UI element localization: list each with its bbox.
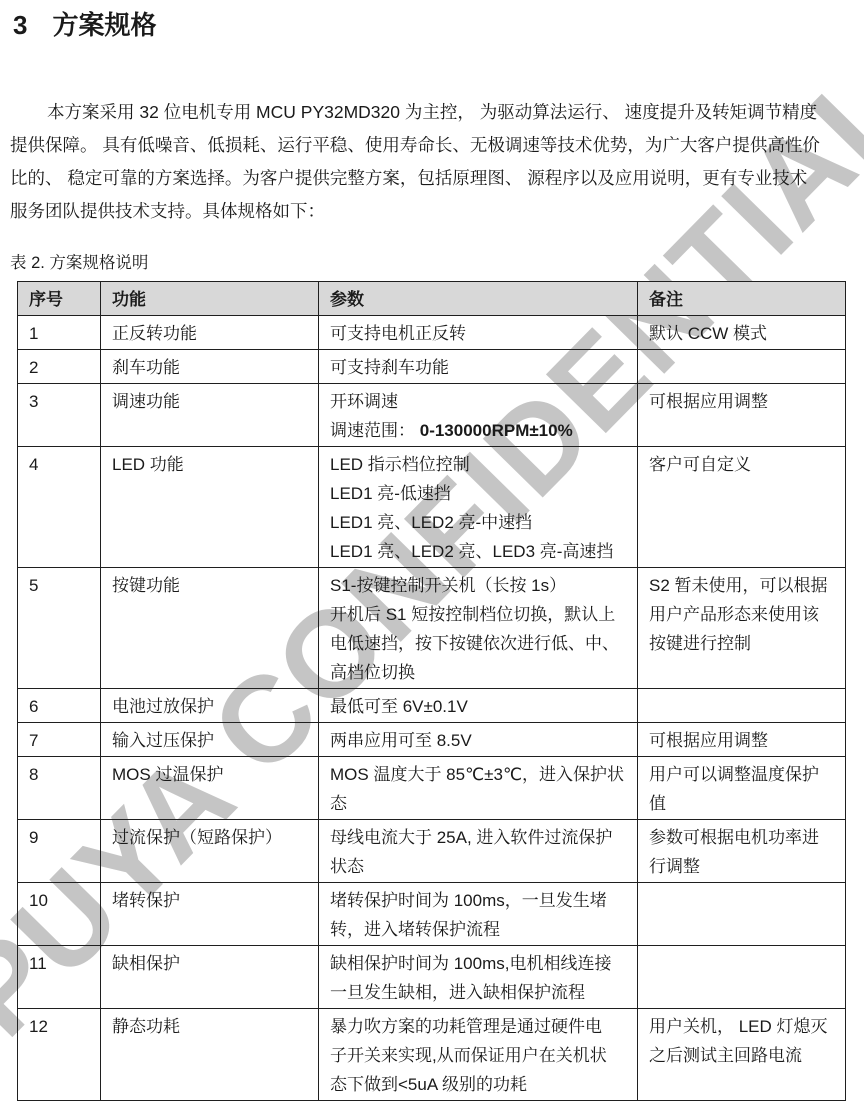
table-row: 4LED 功能LED 指示档位控制LED1 亮-低速挡LED1 亮、LED2 亮… bbox=[18, 447, 846, 568]
param-line: 子开关来实现,从而保证用户在关机状 bbox=[330, 1041, 629, 1070]
cell-index: 3 bbox=[18, 384, 101, 447]
cell-function: 堵转保护 bbox=[101, 883, 319, 946]
intro-paragraph: 本方案采用 32 位电机专用 MCU PY32MD320 为主控， 为驱动算法运… bbox=[10, 96, 856, 228]
cell-index: 11 bbox=[18, 946, 101, 1009]
remark-line: 按键进行控制 bbox=[649, 629, 837, 658]
cell-params: 缺相保护时间为 100ms,电机相线连接一旦发生缺相，进入缺相保护流程 bbox=[319, 946, 638, 1009]
cell-remark: 参数可根据电机功率进行调整 bbox=[638, 820, 846, 883]
param-line: 高档位切换 bbox=[330, 658, 629, 687]
cell-remark: 客户可自定义 bbox=[638, 447, 846, 568]
param-line: 开机后 S1 短按控制档位切换，默认上 bbox=[330, 600, 629, 629]
param-line: 堵转保护时间为 100ms，一旦发生堵 bbox=[330, 886, 629, 915]
cell-function: 静态功耗 bbox=[101, 1009, 319, 1101]
section-heading: 3方案规格 bbox=[0, 0, 864, 40]
cell-function: 过流保护（短路保护） bbox=[101, 820, 319, 883]
cell-index: 2 bbox=[18, 350, 101, 384]
param-line: 电低速挡，按下按键依次进行低、中、 bbox=[330, 629, 629, 658]
table-row: 7输入过压保护两串应用可至 8.5V可根据应用调整 bbox=[18, 723, 846, 757]
remark-line: S2 暂未使用，可以根据 bbox=[649, 571, 837, 600]
cell-params: 开环调速调速范围： 0-130000RPM±10% bbox=[319, 384, 638, 447]
table-row: 6电池过放保护最低可至 6V±0.1V bbox=[18, 689, 846, 723]
table-row: 11缺相保护缺相保护时间为 100ms,电机相线连接一旦发生缺相，进入缺相保护流… bbox=[18, 946, 846, 1009]
param-line: 转，进入堵转保护流程 bbox=[330, 915, 629, 944]
section-number: 3 bbox=[13, 10, 27, 40]
cell-params: 两串应用可至 8.5V bbox=[319, 723, 638, 757]
param-line: 态 bbox=[330, 789, 629, 818]
remark-line: 可根据应用调整 bbox=[649, 387, 837, 416]
param-line: 缺相保护时间为 100ms,电机相线连接 bbox=[330, 949, 629, 978]
table-caption: 表 2. 方案规格说明 bbox=[10, 252, 864, 274]
param-line: 可支持电机正反转 bbox=[330, 319, 629, 348]
cell-function: 刹车功能 bbox=[101, 350, 319, 384]
param-line: LED1 亮、LED2 亮、LED3 亮-高速挡 bbox=[330, 537, 629, 566]
table-row: 5按键功能S1-按键控制开关机（长按 1s）开机后 S1 短按控制档位切换，默认… bbox=[18, 568, 846, 689]
param-line: 最低可至 6V±0.1V bbox=[330, 692, 629, 721]
column-header: 功能 bbox=[101, 282, 319, 316]
cell-function: 缺相保护 bbox=[101, 946, 319, 1009]
cell-params: 暴力吹方案的功耗管理是通过硬件电子开关来实现,从而保证用户在关机状态下做到<5u… bbox=[319, 1009, 638, 1101]
param-line: 开环调速 bbox=[330, 387, 629, 416]
cell-index: 4 bbox=[18, 447, 101, 568]
remark-line: 之后测试主回路电流 bbox=[649, 1041, 837, 1070]
cell-index: 10 bbox=[18, 883, 101, 946]
column-header: 参数 bbox=[319, 282, 638, 316]
param-line: 暴力吹方案的功耗管理是通过硬件电 bbox=[330, 1012, 629, 1041]
cell-function: 按键功能 bbox=[101, 568, 319, 689]
cell-index: 6 bbox=[18, 689, 101, 723]
cell-index: 1 bbox=[18, 316, 101, 350]
column-header: 序号 bbox=[18, 282, 101, 316]
param-line: 状态 bbox=[330, 852, 629, 881]
cell-params: 母线电流大于 25A, 进入软件过流保护状态 bbox=[319, 820, 638, 883]
cell-remark: 默认 CCW 模式 bbox=[638, 316, 846, 350]
cell-index: 5 bbox=[18, 568, 101, 689]
remark-line: 参数可根据电机功率进 bbox=[649, 823, 837, 852]
table-row: 3调速功能开环调速调速范围： 0-130000RPM±10%可根据应用调整 bbox=[18, 384, 846, 447]
param-line: 调速范围： 0-130000RPM±10% bbox=[330, 416, 629, 445]
paragraph-line: 比的、 稳定可靠的方案选择。为客户提供完整方案，包括原理图、 源程序以及应用说明… bbox=[10, 162, 856, 195]
cell-remark: 用户关机， LED 灯熄灭之后测试主回路电流 bbox=[638, 1009, 846, 1101]
cell-remark bbox=[638, 883, 846, 946]
section-title: 方案规格 bbox=[52, 10, 156, 40]
param-line: LED1 亮、LED2 亮-中速挡 bbox=[330, 508, 629, 537]
cell-remark bbox=[638, 689, 846, 723]
spec-table: 序号功能参数备注 1正反转功能可支持电机正反转默认 CCW 模式2刹车功能可支持… bbox=[17, 281, 846, 1101]
table-row: 8MOS 过温保护MOS 温度大于 85℃±3℃，进入保护状态用户可以调整温度保… bbox=[18, 757, 846, 820]
remark-line: 行调整 bbox=[649, 852, 837, 881]
cell-function: 电池过放保护 bbox=[101, 689, 319, 723]
cell-params: 堵转保护时间为 100ms，一旦发生堵转，进入堵转保护流程 bbox=[319, 883, 638, 946]
param-line: 态下做到<5uA 级别的功耗 bbox=[330, 1070, 629, 1099]
remark-line: 值 bbox=[649, 789, 837, 818]
paragraph-line: 本方案采用 32 位电机专用 MCU PY32MD320 为主控， 为驱动算法运… bbox=[10, 96, 856, 129]
paragraph-line: 提供保障。 具有低噪音、低损耗、运行平稳、使用寿命长、无极调速等技术优势，为广大… bbox=[10, 129, 856, 162]
param-line: S1-按键控制开关机（长按 1s） bbox=[330, 571, 629, 600]
cell-params: LED 指示档位控制LED1 亮-低速挡LED1 亮、LED2 亮-中速挡LED… bbox=[319, 447, 638, 568]
cell-index: 9 bbox=[18, 820, 101, 883]
cell-function: 正反转功能 bbox=[101, 316, 319, 350]
cell-index: 8 bbox=[18, 757, 101, 820]
document-page: 3方案规格 本方案采用 32 位电机专用 MCU PY32MD320 为主控， … bbox=[0, 0, 864, 1101]
cell-params: 最低可至 6V±0.1V bbox=[319, 689, 638, 723]
remark-line: 客户可自定义 bbox=[649, 450, 837, 479]
param-line: LED 指示档位控制 bbox=[330, 450, 629, 479]
remark-line: 用户可以调整温度保护 bbox=[649, 760, 837, 789]
param-line: MOS 温度大于 85℃±3℃，进入保护状 bbox=[330, 760, 629, 789]
table-header-row: 序号功能参数备注 bbox=[18, 282, 846, 316]
cell-params: MOS 温度大于 85℃±3℃，进入保护状态 bbox=[319, 757, 638, 820]
table-row: 9过流保护（短路保护）母线电流大于 25A, 进入软件过流保护状态参数可根据电机… bbox=[18, 820, 846, 883]
cell-remark: S2 暂未使用，可以根据用户产品形态来使用该按键进行控制 bbox=[638, 568, 846, 689]
table-row: 12静态功耗暴力吹方案的功耗管理是通过硬件电子开关来实现,从而保证用户在关机状态… bbox=[18, 1009, 846, 1101]
column-header: 备注 bbox=[638, 282, 846, 316]
cell-function: LED 功能 bbox=[101, 447, 319, 568]
cell-remark: 用户可以调整温度保护值 bbox=[638, 757, 846, 820]
remark-line: 默认 CCW 模式 bbox=[649, 319, 837, 348]
cell-function: 输入过压保护 bbox=[101, 723, 319, 757]
param-line: 母线电流大于 25A, 进入软件过流保护 bbox=[330, 823, 629, 852]
cell-remark: 可根据应用调整 bbox=[638, 723, 846, 757]
param-line: 两串应用可至 8.5V bbox=[330, 726, 629, 755]
cell-function: 调速功能 bbox=[101, 384, 319, 447]
remark-line: 用户产品形态来使用该 bbox=[649, 600, 837, 629]
cell-remark: 可根据应用调整 bbox=[638, 384, 846, 447]
param-line: LED1 亮-低速挡 bbox=[330, 479, 629, 508]
cell-index: 12 bbox=[18, 1009, 101, 1101]
param-line: 一旦发生缺相，进入缺相保护流程 bbox=[330, 978, 629, 1007]
cell-params: 可支持电机正反转 bbox=[319, 316, 638, 350]
remark-line: 用户关机， LED 灯熄灭 bbox=[649, 1012, 837, 1041]
cell-index: 7 bbox=[18, 723, 101, 757]
cell-function: MOS 过温保护 bbox=[101, 757, 319, 820]
cell-remark bbox=[638, 350, 846, 384]
cell-params: S1-按键控制开关机（长按 1s）开机后 S1 短按控制档位切换，默认上电低速挡… bbox=[319, 568, 638, 689]
param-line: 可支持刹车功能 bbox=[330, 353, 629, 382]
paragraph-line: 服务团队提供技术支持。具体规格如下： bbox=[10, 195, 856, 228]
cell-params: 可支持刹车功能 bbox=[319, 350, 638, 384]
table-row: 2刹车功能可支持刹车功能 bbox=[18, 350, 846, 384]
remark-line: 可根据应用调整 bbox=[649, 726, 837, 755]
table-row: 1正反转功能可支持电机正反转默认 CCW 模式 bbox=[18, 316, 846, 350]
table-row: 10堵转保护堵转保护时间为 100ms，一旦发生堵转，进入堵转保护流程 bbox=[18, 883, 846, 946]
cell-remark bbox=[638, 946, 846, 1009]
